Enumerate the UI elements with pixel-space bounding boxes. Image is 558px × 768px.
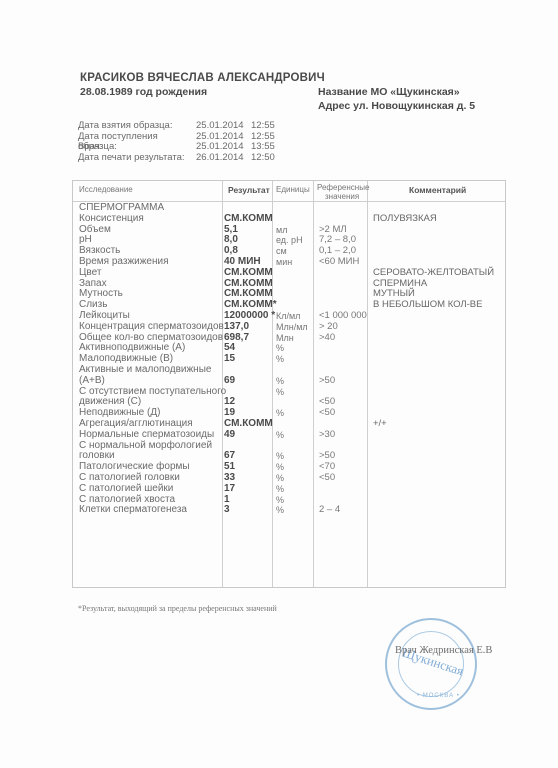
row-unit: % [276, 408, 284, 419]
row-reference: >40 [319, 333, 335, 344]
table-row: Концентрация сперматозоидов137,0Млн/мл> … [73, 322, 505, 333]
row-unit: % [276, 430, 284, 441]
table-body: СПЕРМОГРАММАКонсистенцияСМ.КОММПОЛУВЯЗКА… [73, 203, 505, 516]
meta-row: Дата взятия образца:25.01.201412:55 [78, 121, 275, 132]
row-study: (А+В) [79, 376, 105, 387]
row-reference: <60 МИН [319, 257, 359, 268]
sample-meta: Дата взятия образца:25.01.201412:55Дата … [78, 121, 275, 163]
row-reference: > 20 [319, 322, 338, 333]
header-comment: Комментарий [409, 185, 466, 195]
row-unit: мин [276, 257, 292, 268]
stamp-city: • МОСКВА • [417, 693, 460, 699]
row-unit: % [276, 505, 284, 516]
row-study: Цвет [79, 268, 101, 279]
row-unit: Кл/мл [276, 311, 300, 322]
row-unit: % [276, 473, 284, 484]
meta-row: Дата печати результата:26.01.201412:50 [78, 153, 275, 164]
table-row: С нормальной морфологией [73, 441, 505, 452]
row-unit: % [276, 376, 284, 387]
meta-label: Врач: [78, 142, 196, 153]
patient-dob: 28.08.1989 год рождения [80, 86, 207, 98]
table-row: Нормальные сперматозоиды49%>30 [73, 430, 505, 441]
organization-address: Адрес ул. Новощукинская д. 5 [318, 100, 475, 112]
footnote: *Результат, выходящий за пределы референ… [78, 604, 277, 613]
row-study: С патологией шейки [79, 484, 173, 495]
row-result: 15 [224, 354, 235, 365]
row-reference: <50 [319, 408, 335, 419]
meta-time: 12:55 [251, 121, 275, 132]
table-row: (А+В)69%>50 [73, 376, 505, 387]
meta-row: Дата поступления образца:25.01.201412:55 [78, 132, 275, 143]
doctor-signature: Врач Жедринская Е.В [395, 645, 492, 656]
row-reference: 2 – 4 [319, 505, 340, 516]
meta-row: Врач:25.01.201413:55 [78, 142, 275, 153]
row-reference: >50 [319, 376, 335, 387]
row-comment: +/+ [373, 419, 387, 430]
row-unit: ед. pH [276, 235, 303, 246]
meta-time: 12:50 [251, 153, 275, 164]
header-units: Единицы [276, 185, 310, 194]
row-unit: % [276, 451, 284, 462]
row-comment: В НЕБОЛЬШОМ КОЛ-ВЕ [373, 300, 482, 311]
row-result: СМ.КОММ [224, 268, 273, 279]
row-unit: % [276, 343, 284, 354]
meta-date: 25.01.2014 [196, 142, 251, 153]
header-result: Результат [228, 185, 270, 195]
organization-name: Название МО «Щукинская» [318, 86, 460, 98]
meta-label: Дата печати результата: [78, 153, 196, 164]
row-result: 3 [224, 505, 230, 516]
header-reference: Референсные значения [317, 183, 369, 201]
official-stamp: Щукинская • МОСКВА • [385, 618, 477, 710]
table-row: С патологией шейки17% [73, 484, 505, 495]
results-table: Исследование Результат Единицы Референсн… [72, 180, 506, 588]
row-result: 69 [224, 376, 235, 387]
row-unit: % [276, 495, 284, 506]
table-row: pH8,0ед. pH7,2 – 8,0 [73, 235, 505, 246]
table-row: Клетки сперматогенеза3%2 – 4 [73, 505, 505, 516]
table-row: ЦветСМ.КОММСЕРОВАТО-ЖЕЛТОВАТЫЙ [73, 268, 505, 279]
row-study: Клетки сперматогенеза [79, 505, 187, 516]
row-study: Концентрация сперматозоидов [79, 322, 224, 333]
row-reference: <50 [319, 473, 335, 484]
meta-label: Дата взятия образца: [78, 121, 196, 132]
row-unit: % [276, 387, 284, 398]
row-unit: % [276, 462, 284, 473]
row-unit: Млн [276, 333, 294, 344]
row-unit: Млн/мл [276, 322, 308, 333]
row-unit: % [276, 354, 284, 365]
row-study: Нормальные сперматозоиды [79, 430, 214, 441]
row-study: Консистенция [79, 214, 144, 225]
meta-date: 26.01.2014 [196, 153, 251, 164]
row-result: 49 [224, 430, 235, 441]
row-comment: СЕРОВАТО-ЖЕЛТОВАТЫЙ [373, 268, 494, 279]
table-row: СлизьСМ.КОММ*В НЕБОЛЬШОМ КОЛ-ВЕ [73, 300, 505, 311]
row-unit: см [276, 246, 287, 257]
meta-date: 25.01.2014 [196, 121, 251, 132]
patient-name: КРАСИКОВ ВЯЧЕСЛАВ АЛЕКСАНДРОВИЧ [80, 72, 325, 84]
table-row: КонсистенцияСМ.КОММПОЛУВЯЗКАЯ [73, 214, 505, 225]
table-row: Объем5,1мл>2 МЛ [73, 225, 505, 236]
meta-time: 13:55 [251, 142, 275, 153]
row-result: СМ.КОММ [224, 214, 273, 225]
row-reference: >30 [319, 430, 335, 441]
row-comment: ПОЛУВЯЗКАЯ [373, 214, 437, 225]
row-result: 17 [224, 484, 235, 495]
header-study: Исследование [79, 185, 133, 194]
row-unit: мл [276, 225, 287, 236]
row-result: 137,0 [224, 322, 249, 333]
table-row: ЗапахСМ.КОММСПЕРМИНА [73, 279, 505, 290]
table-row: Активные и малоподвижные [73, 365, 505, 376]
row-unit: % [276, 484, 284, 495]
